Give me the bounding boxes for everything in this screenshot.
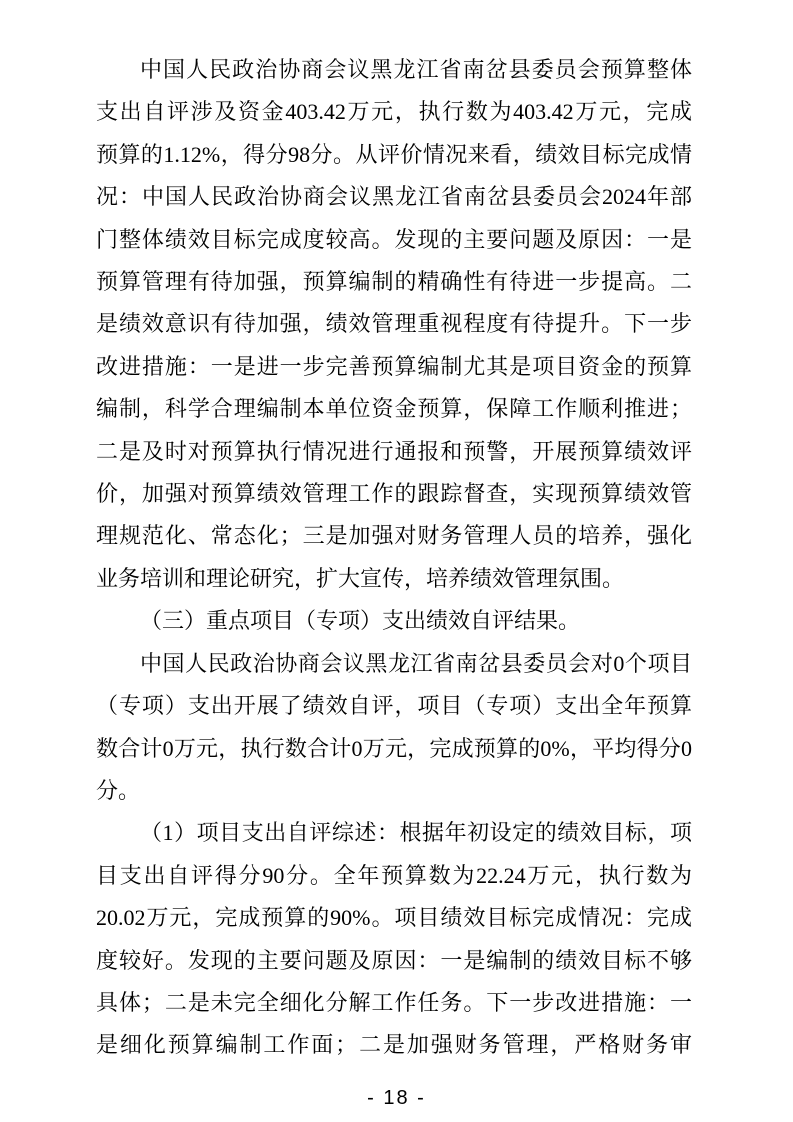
document-page: 中国人民政治协商会议黑龙江省南岔县委员会预算整体 支出自评涉及资金403.42万… [0, 0, 793, 1122]
text-line: 预算的1.12%，得分98分。从评价情况来看，绩效目标完成情 [96, 134, 692, 176]
text-line: 分。 [96, 770, 692, 812]
text-line: 度较好。发现的主要问题及原因：一是编制的绩效目标不够 [96, 940, 692, 982]
section-heading-line: （三）重点项目（专项）支出绩效自评结果。 [96, 600, 692, 642]
text-line: 支出自评涉及资金403.42万元，执行数为403.42万元，完成 [96, 91, 692, 133]
text-line: 是细化预算编制工作面；二是加强财务管理，严格财务审 [96, 1024, 692, 1066]
text-line: 目支出自评得分90分。全年预算数为22.24万元，执行数为 [96, 855, 692, 897]
text-line: （1）项目支出自评综述：根据年初设定的绩效目标，项 [96, 812, 692, 854]
text-line: 况：中国人民政治协商会议黑龙江省南岔县委员会2024年部 [96, 176, 692, 218]
text-line: 二是及时对预算执行情况进行通报和预警，开展预算绩效评 [96, 431, 692, 473]
text-line: 数合计0万元，执行数合计0万元，完成预算的0%，平均得分0 [96, 728, 692, 770]
document-body: 中国人民政治协商会议黑龙江省南岔县委员会预算整体 支出自评涉及资金403.42万… [96, 49, 692, 1067]
text-line: 中国人民政治协商会议黑龙江省南岔县委员会对0个项目 [96, 643, 692, 685]
text-line: 理规范化、常态化；三是加强对财务管理人员的培养，强化 [96, 515, 692, 557]
text-line: 业务培训和理论研究，扩大宣传，培养绩效管理氛围。 [96, 558, 692, 600]
text-line: 编制，科学合理编制本单位资金预算，保障工作顺利推进； [96, 388, 692, 430]
text-line: （专项）支出开展了绩效自评，项目（专项）支出全年预算 [96, 685, 692, 727]
page-number: - 18 - [0, 1087, 793, 1110]
text-line: 是绩效意识有待加强，绩效管理重视程度有待提升。下一步 [96, 303, 692, 345]
text-line: 20.02万元，完成预算的90%。项目绩效目标完成情况：完成 [96, 897, 692, 939]
text-line: 预算管理有待加强，预算编制的精确性有待进一步提高。二 [96, 261, 692, 303]
text-line: 价，加强对预算绩效管理工作的跟踪督查，实现预算绩效管 [96, 473, 692, 515]
text-line: 改进措施：一是进一步完善预算编制尤其是项目资金的预算 [96, 346, 692, 388]
text-line: 具体；二是未完全细化分解工作任务。下一步改进措施：一 [96, 982, 692, 1024]
text-line: 中国人民政治协商会议黑龙江省南岔县委员会预算整体 [96, 49, 692, 91]
text-line: 门整体绩效目标完成度较高。发现的主要问题及原因：一是 [96, 219, 692, 261]
